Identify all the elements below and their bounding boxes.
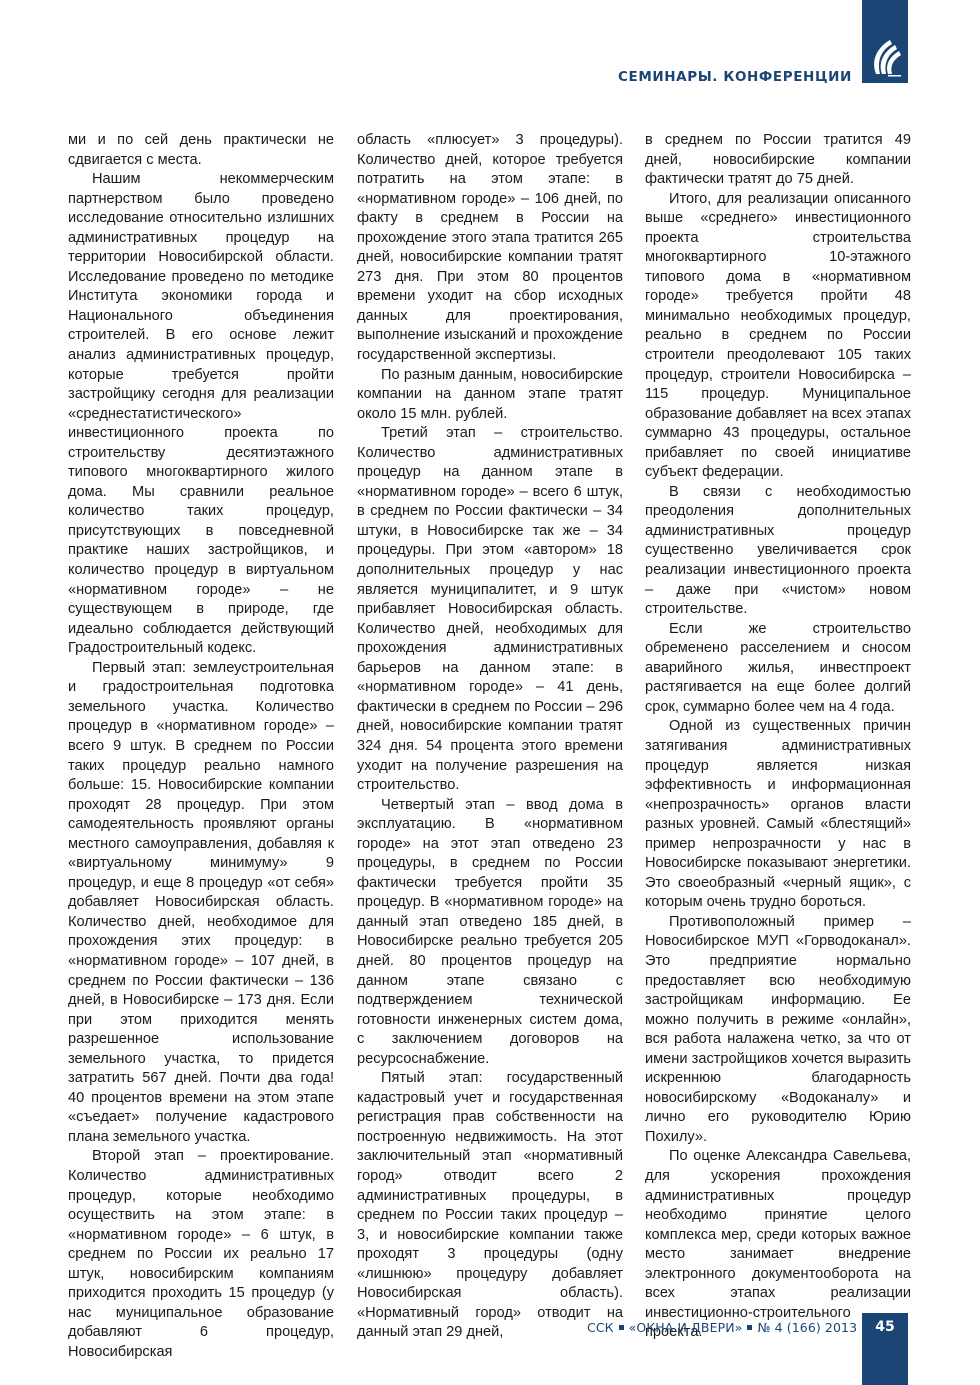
footer-publication-info: ССК«ОКНА И ДВЕРИ»№ 4 (166) 2013 bbox=[587, 1320, 857, 1335]
paragraph: Итого, для реализации описанного выше «с… bbox=[645, 190, 911, 483]
paragraph: область «плюсует» 3 процедуры). Количест… bbox=[357, 131, 623, 366]
paragraph: В связи с необходимостью преодоления доп… bbox=[645, 483, 911, 620]
paragraph: ми и по сей день практически не сдвигает… bbox=[68, 131, 334, 170]
article-column-2: область «плюсует» 3 процедуры). Количест… bbox=[357, 131, 623, 1343]
paragraph: Нашим некоммерческим партнерством было п… bbox=[68, 170, 334, 659]
square-bullet-icon bbox=[747, 1325, 752, 1330]
paragraph: Одной из существенных причин затягивания… bbox=[645, 717, 911, 912]
page-number: 45 bbox=[862, 1319, 908, 1335]
magazine-logo-icon bbox=[868, 34, 902, 78]
page-number-tab: 45 bbox=[862, 1313, 908, 1385]
paragraph: Четвертый этап – ввод дома в эксплуатаци… bbox=[357, 796, 623, 1070]
paragraph: Если же строительство обременено расселе… bbox=[645, 620, 911, 718]
paragraph: Противоположный пример – Новосибирское М… bbox=[645, 913, 911, 1148]
article-column-1: ми и по сей день практически не сдвигает… bbox=[68, 131, 334, 1362]
article-column-3: в среднем по России тратится 49 дней, но… bbox=[645, 131, 911, 1343]
footer-publisher: ССК bbox=[587, 1320, 614, 1335]
footer-magazine: «ОКНА И ДВЕРИ» bbox=[629, 1320, 743, 1335]
paragraph: Второй этап – проектирование. Количество… bbox=[68, 1147, 334, 1362]
paragraph: Первый этап: землеустроительная и градос… bbox=[68, 659, 334, 1148]
paragraph: Третий этап – строительство. Количество … bbox=[357, 424, 623, 795]
footer-issue: № 4 (166) 2013 bbox=[757, 1320, 857, 1335]
header-tab bbox=[862, 0, 908, 83]
section-title: СЕМИНАРЫ. КОНФЕРЕНЦИИ bbox=[618, 69, 852, 85]
paragraph: в среднем по России тратится 49 дней, но… bbox=[645, 131, 911, 190]
paragraph: Пятый этап: государственный кадастровый … bbox=[357, 1069, 623, 1343]
paragraph: По разным данным, новосибирские компании… bbox=[357, 366, 623, 425]
square-bullet-icon bbox=[619, 1325, 624, 1330]
